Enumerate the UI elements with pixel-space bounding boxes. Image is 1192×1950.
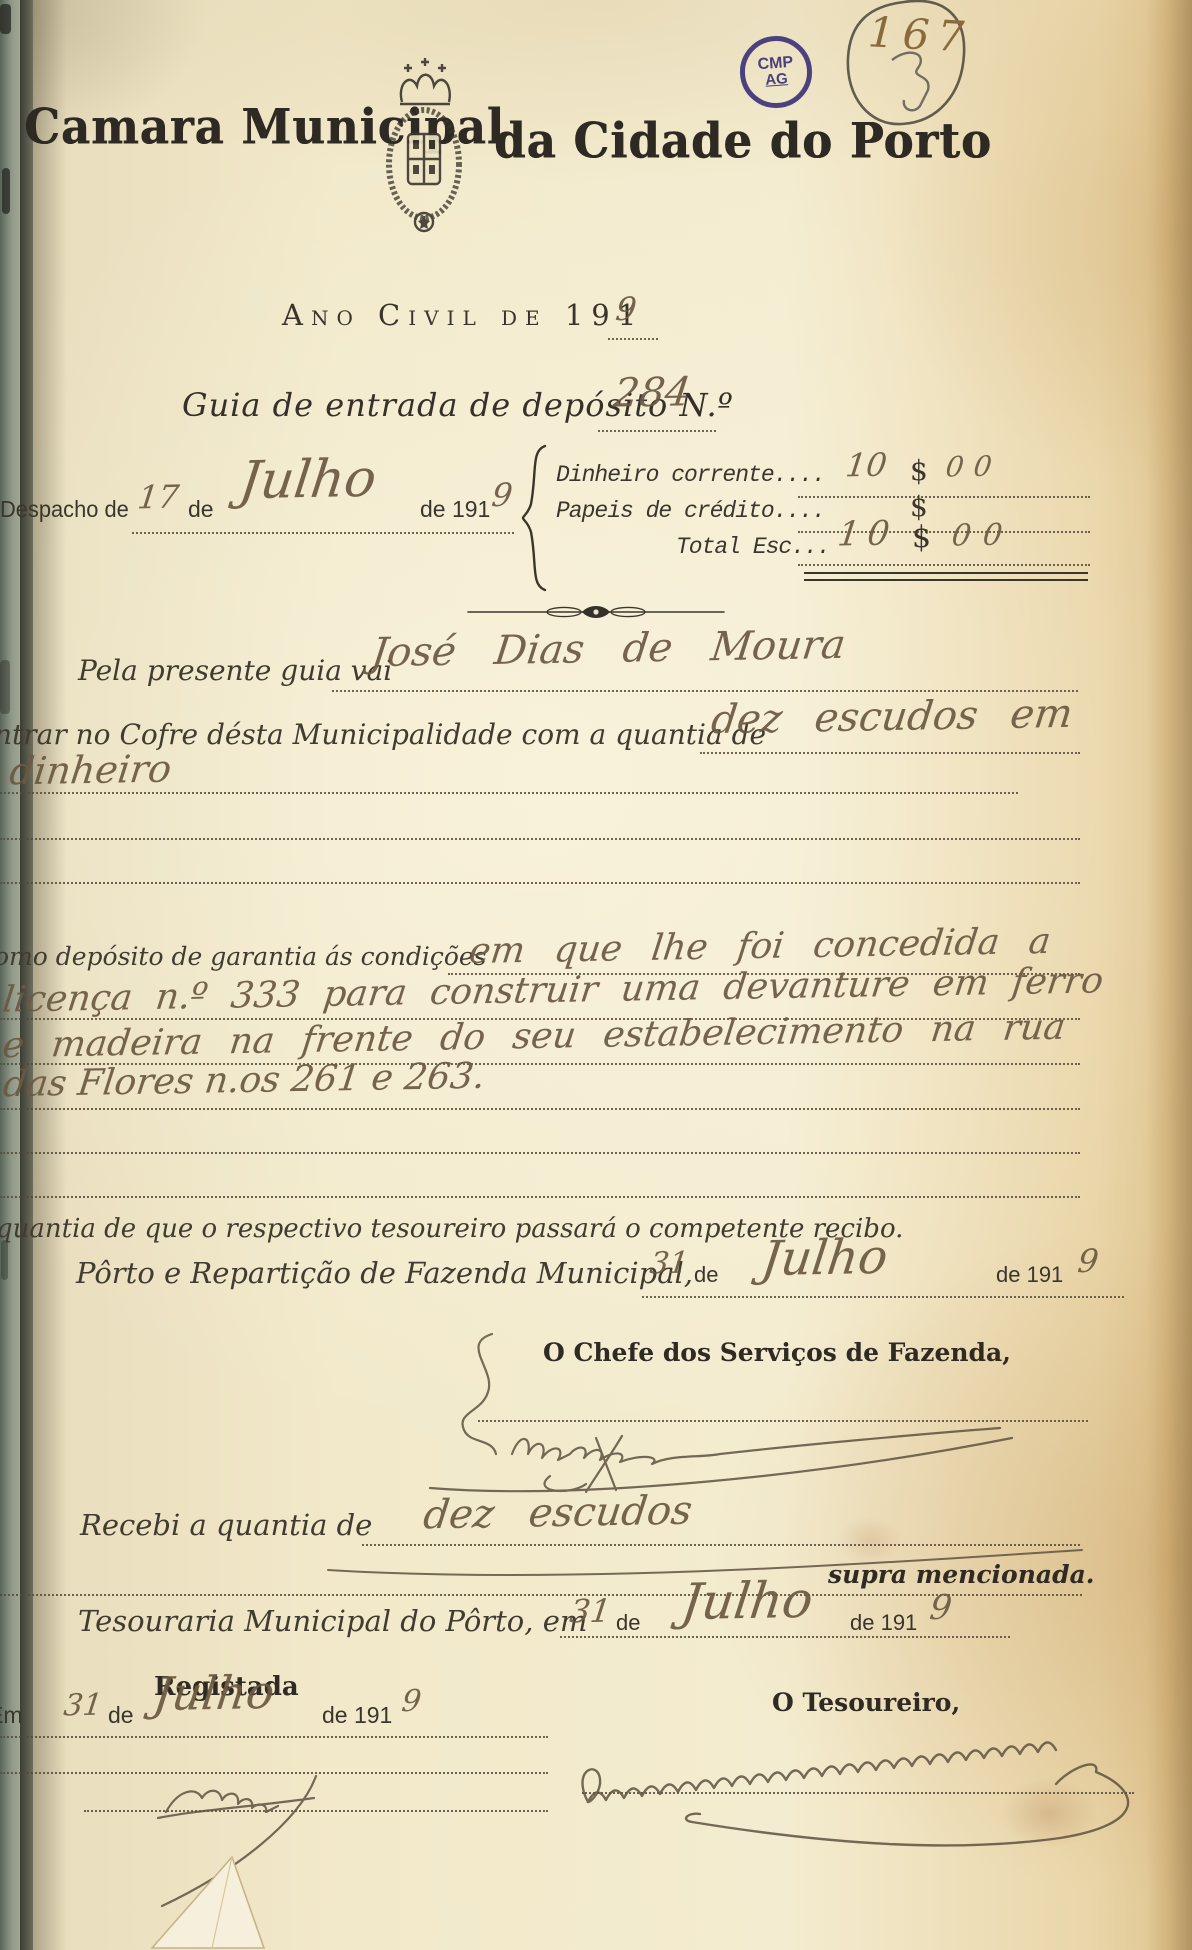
dotted-line — [0, 792, 1018, 794]
body-line2-printed: ntrar no Cofre désta Municipalidade com … — [0, 718, 766, 751]
chief-signature — [400, 1326, 1100, 1511]
amount-total-currency: $ — [912, 520, 931, 555]
body-line1-printed: Pela presente guia vai — [78, 654, 392, 687]
right-page-edge — [1146, 0, 1192, 1950]
despacho-de-year: de 191 — [420, 496, 490, 523]
dotted-line — [700, 752, 1080, 754]
binding-mark — [0, 4, 11, 34]
stamp-line2: AG — [765, 71, 789, 89]
tesouraria-de-year: de 191 — [850, 1610, 917, 1636]
book-binding-edge — [0, 0, 20, 1950]
dotted-line — [598, 430, 716, 432]
header-title-right: da Cidade do Porto — [494, 112, 992, 169]
tesouraria-day-handwritten: 31 — [568, 1592, 613, 1631]
page-edge-shadow — [20, 0, 33, 1950]
registada-month-handwritten: Julho — [151, 1665, 278, 1721]
receipt-amount-handwritten: dez escudos — [421, 1488, 695, 1539]
fazenda-month-handwritten: Julho — [758, 1229, 891, 1287]
guia-number-handwritten: 284 — [611, 369, 693, 416]
despacho-year-handwritten: 9 — [490, 476, 515, 514]
tesoureiro-signature — [540, 1728, 1164, 1870]
tesoureiro-label: O Tesoureiro, — [772, 1688, 960, 1717]
brace-icon — [520, 444, 548, 594]
guarantee-printed: omo depósito de garantia ás condições — [0, 942, 487, 971]
registada-em: Em — [0, 1702, 23, 1729]
dotted-line — [560, 1636, 1010, 1638]
dinheiro-handwritten: dinheiro — [7, 747, 174, 794]
tesouraria-printed: Tesouraria Municipal do Pôrto, em — [78, 1604, 587, 1638]
binding-mark — [1, 1240, 8, 1280]
dotted-line — [0, 1152, 1080, 1154]
amount-papeis-currency: $ — [910, 490, 928, 523]
rubric-squiggle — [892, 53, 928, 111]
dotted-line — [798, 564, 1090, 566]
supra-printed: supra mencionada. — [828, 1560, 1095, 1589]
binding-mark — [0, 660, 10, 714]
registada-de: de — [108, 1702, 134, 1729]
binding-mark — [2, 168, 10, 214]
fazenda-day-handwritten: 31 — [648, 1246, 691, 1282]
amount-dinheiro-hw-right: 00 — [944, 450, 1004, 484]
dotted-line — [132, 532, 514, 534]
scanned-document-page: 167 CMP AG Camara Municipal da Cidade do… — [0, 0, 1192, 1950]
receipt-printed: Recebi a quantia de — [80, 1508, 372, 1542]
registada-day-handwritten: 31 — [62, 1688, 105, 1724]
divider-ornament-icon — [466, 598, 726, 624]
folio-number: 167 — [867, 7, 974, 61]
amount-total-hw-right: 00 — [950, 517, 1017, 553]
registada-year-handwritten: 9 — [400, 1684, 423, 1719]
dotted-line — [332, 690, 1078, 692]
dotted-line — [0, 882, 1080, 884]
dotted-line — [642, 1296, 1124, 1298]
dotted-line — [0, 838, 1080, 840]
dotted-line — [0, 1594, 1082, 1596]
dotted-line — [0, 1736, 548, 1738]
depositor-name-handwritten: José Dias de Moura — [369, 622, 848, 676]
torn-paper-corner — [150, 1854, 272, 1950]
fazenda-de-year: de 191 — [996, 1262, 1063, 1288]
fazenda-year-handwritten: 9 — [1076, 1242, 1101, 1280]
page-curve-shadow — [33, 0, 67, 1950]
amount-total-hw-left: 10 — [835, 513, 899, 554]
dotted-line — [0, 1196, 1080, 1198]
fazenda-de: de — [694, 1262, 718, 1288]
total-double-rule — [804, 572, 1088, 581]
amount-dinheiro-currency: $ — [910, 454, 928, 487]
tesouraria-de: de — [616, 1610, 640, 1636]
amount-dinheiro-hw-left: 10 — [844, 446, 889, 485]
fazenda-place-printed: Pôrto e Repartição de Fazenda Municipal, — [76, 1256, 693, 1290]
dotted-line — [608, 338, 658, 340]
despacho-day-handwritten: 17 — [136, 478, 181, 517]
guarantee-hw4: das Flores n.os 261 e 263. — [1, 1056, 487, 1105]
porto-coat-of-arms-icon — [372, 44, 477, 236]
cmp-ag-stamp: CMP AG — [738, 34, 815, 111]
despacho-month-handwritten: Julho — [236, 449, 379, 511]
tesouraria-month-handwritten: Julho — [678, 1571, 816, 1631]
dotted-line — [0, 1108, 1080, 1110]
despacho-de: de — [188, 496, 214, 523]
registada-de-year: de 191 — [322, 1702, 392, 1729]
year-line-printed: Ano Civil de 191 — [282, 298, 644, 332]
dotted-line — [798, 496, 1090, 498]
despacho-printed: Despacho de — [0, 496, 129, 523]
amount-words-handwritten: dez escudos em — [709, 691, 1075, 743]
amount-label-dinheiro: Dinheiro corrente.... — [556, 462, 825, 488]
tesouraria-year-handwritten: 9 — [928, 1588, 955, 1628]
amount-label-total: Total Esc... — [676, 534, 830, 560]
amount-label-papeis: Papeis de crédito.... — [556, 498, 825, 524]
